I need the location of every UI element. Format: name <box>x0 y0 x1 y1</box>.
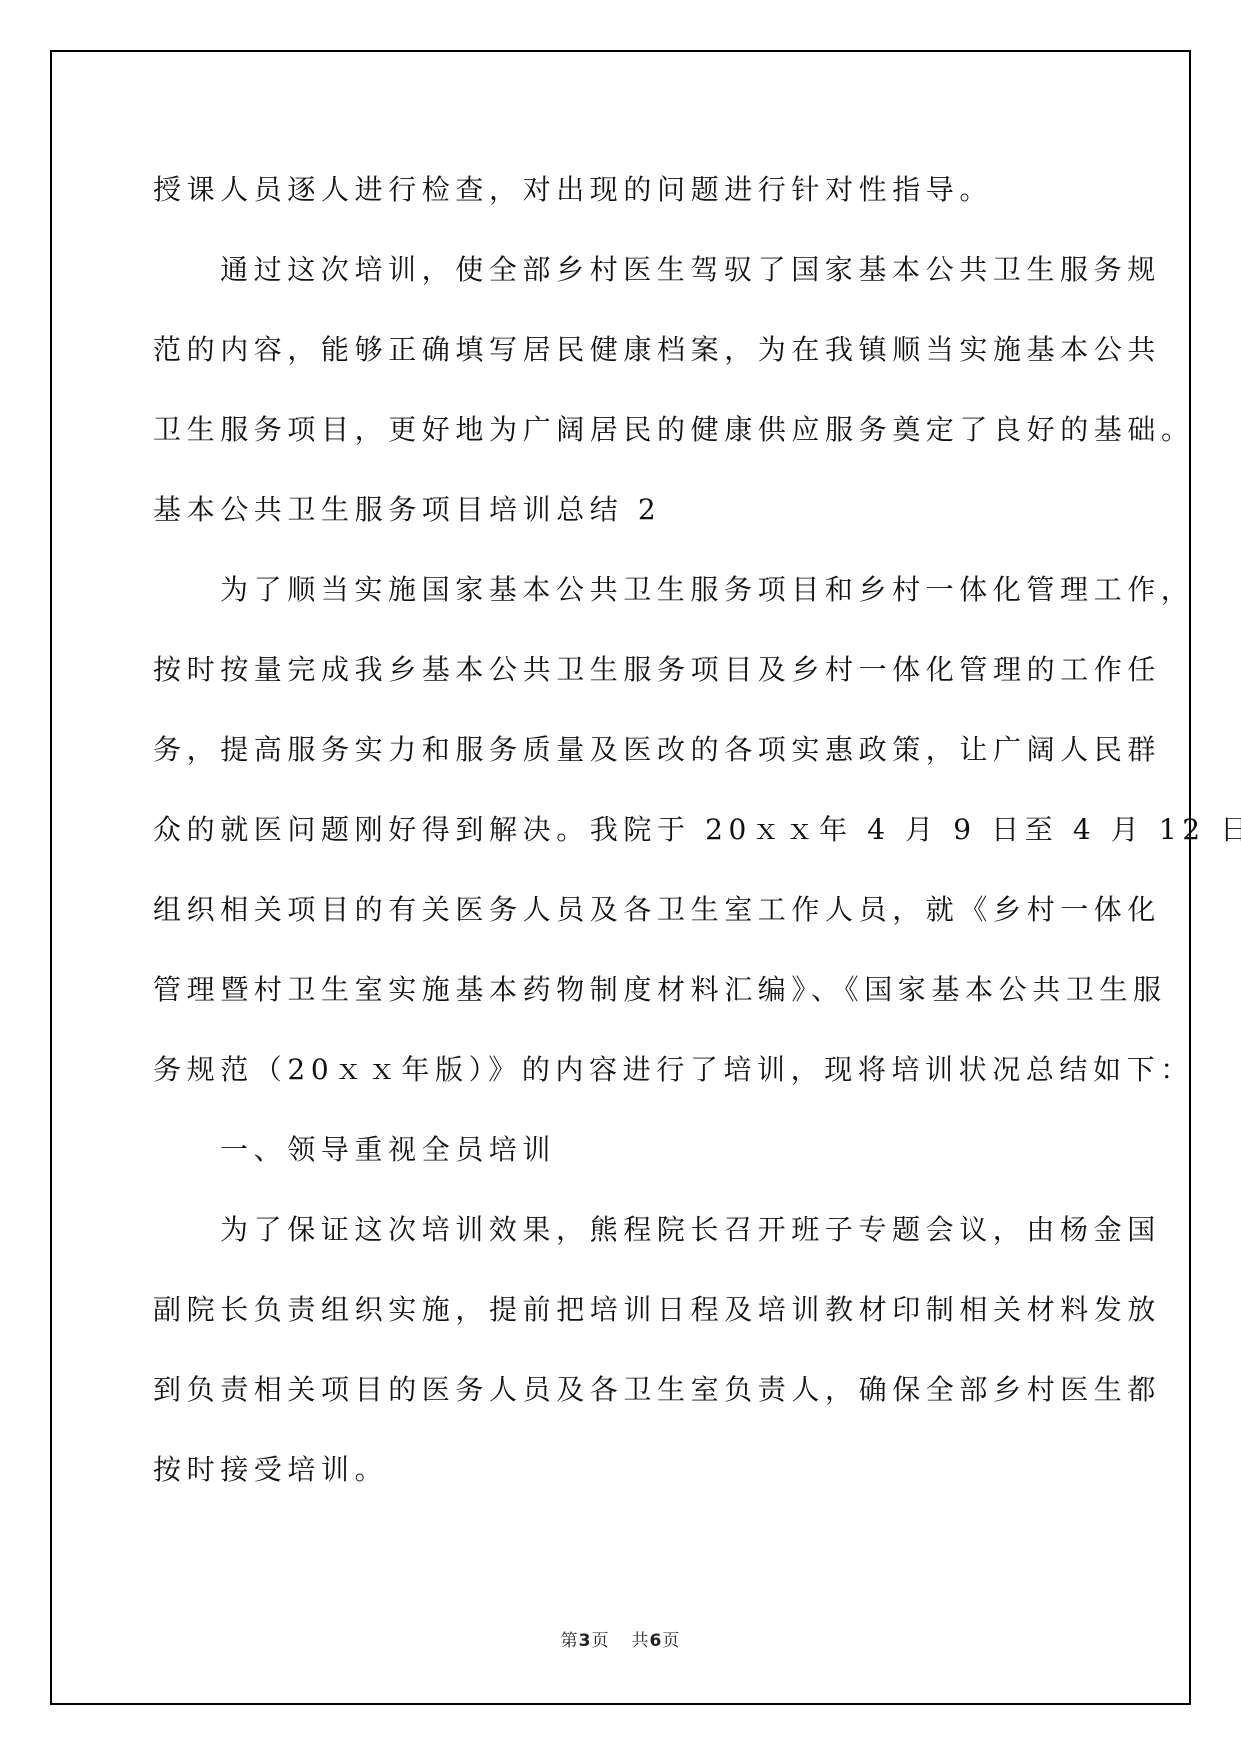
page-prefix: 第 <box>561 1631 579 1651</box>
total-pages: 6 <box>650 1631 663 1651</box>
current-page: 3 <box>579 1631 592 1651</box>
text-line: 到负责相关项目的医务人员及各卫生室负责人，确保全部乡村医生都 <box>153 1350 1113 1430</box>
total-suffix: 页 <box>662 1631 680 1651</box>
text-line: 组织相关项目的有关医务人员及各卫生室工作人员，就《乡村一体化 <box>153 870 1113 950</box>
text-line: 副院长负责组织实施，提前把培训日程及培训教材印制相关材料发放 <box>153 1270 1113 1350</box>
text-line: 范的内容，能够正确填写居民健康档案，为在我镇顺当实施基本公共 <box>153 310 1113 390</box>
page-footer: 第3页共6页 <box>0 1626 1241 1651</box>
document-body: 授课人员逐人进行检查，对出现的问题进行针对性指导。 通过这次培训，使全部乡村医生… <box>153 150 1113 1510</box>
text-line: 务，提高服务实力和服务质量及医改的各项实惠政策，让广阔人民群 <box>153 710 1113 790</box>
page-suffix: 页 <box>592 1631 610 1651</box>
text-line: 务规范（20ｘｘ年版）》的内容进行了培训，现将培训状况总结如下： <box>153 1030 1113 1110</box>
text-line: 卫生服务项目，更好地为广阔居民的健康供应服务奠定了良好的基础。 <box>153 390 1113 470</box>
text-line: 为了保证这次培训效果，熊程院长召开班子专题会议，由杨金国 <box>153 1190 1113 1270</box>
total-prefix: 共 <box>632 1631 650 1651</box>
page-total: 共6页 <box>632 1631 681 1651</box>
text-line: 授课人员逐人进行检查，对出现的问题进行针对性指导。 <box>153 150 1113 230</box>
text-line: 按时接受培训。 <box>153 1430 1113 1510</box>
section-heading: 基本公共卫生服务项目培训总结 2 <box>153 470 1113 550</box>
subsection-heading: 一、领导重视全员培训 <box>153 1110 1113 1190</box>
text-line: 通过这次培训，使全部乡村医生驾驭了国家基本公共卫生服务规 <box>153 230 1113 310</box>
text-line: 管理暨村卫生室实施基本药物制度材料汇编》、《国家基本公共卫生服 <box>153 950 1113 1030</box>
text-line: 众的就医问题刚好得到解决。我院于 20ｘｘ年 4 月 9 日至 4 月 12 日 <box>153 790 1113 870</box>
text-line: 按时按量完成我乡基本公共卫生服务项目及乡村一体化管理的工作任 <box>153 630 1113 710</box>
page-number: 第3页 <box>561 1631 610 1651</box>
text-line: 为了顺当实施国家基本公共卫生服务项目和乡村一体化管理工作， <box>153 550 1113 630</box>
